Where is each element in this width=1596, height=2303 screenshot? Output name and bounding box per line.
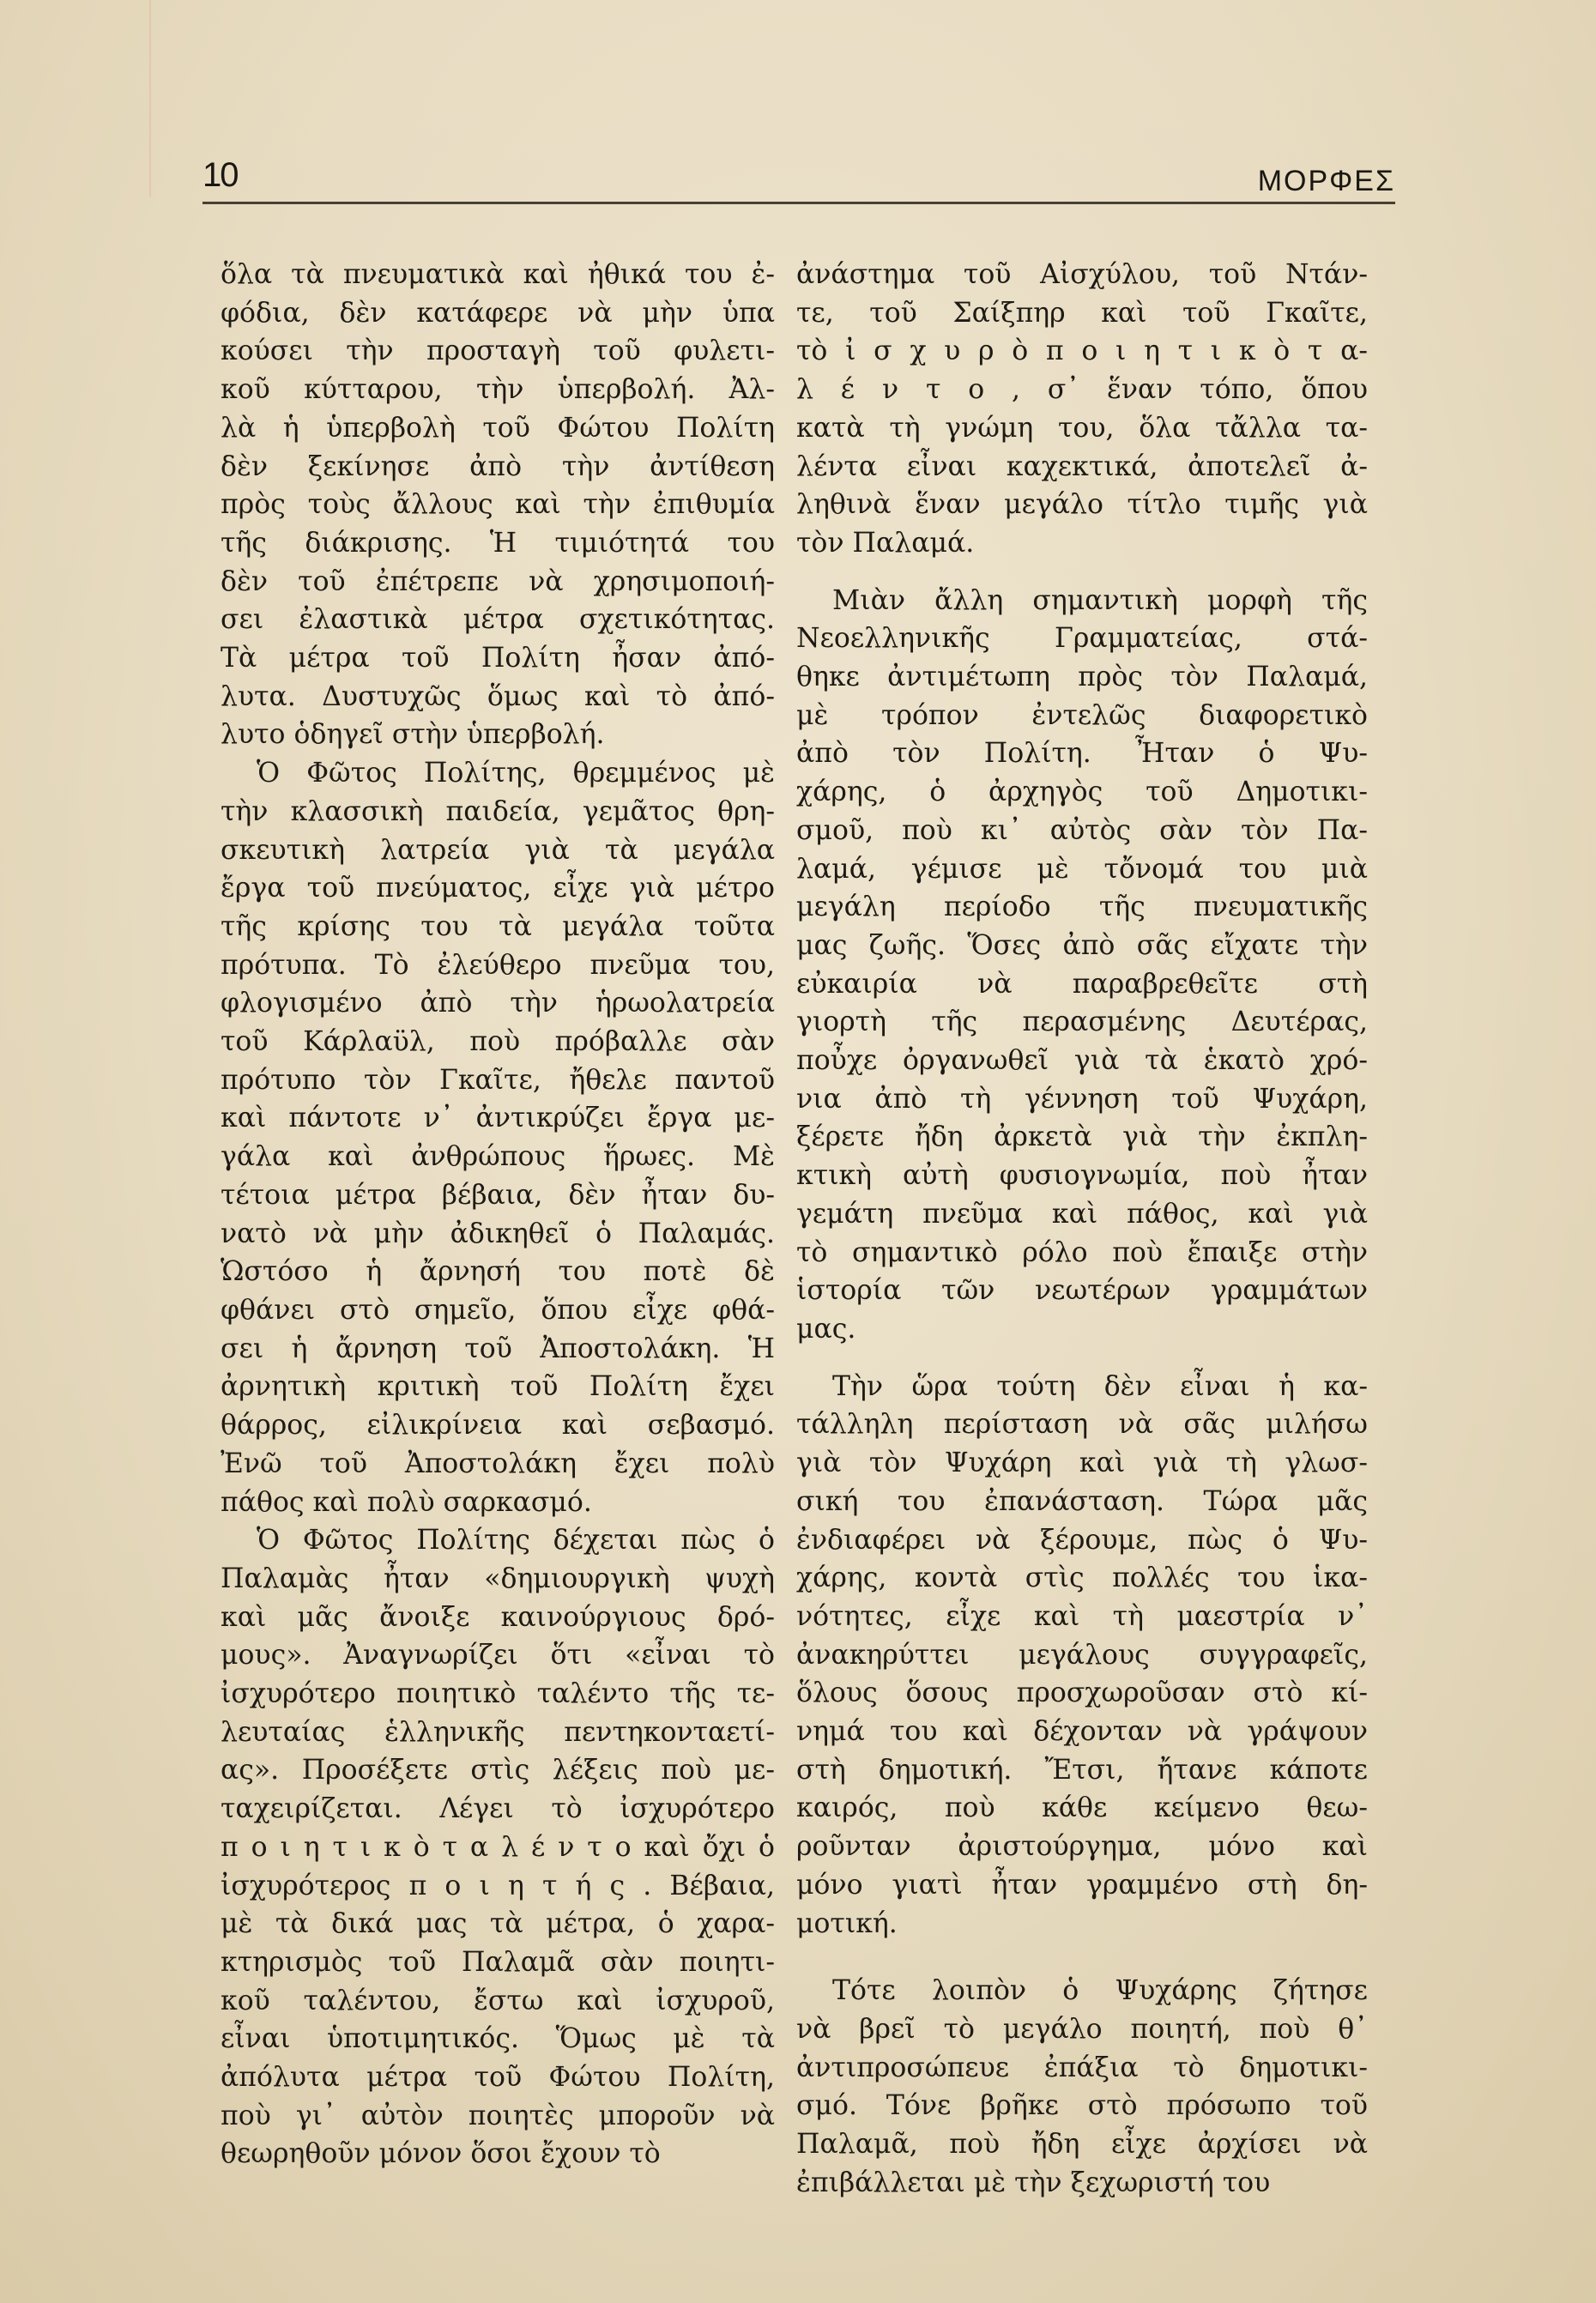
text-line: καιρός, ποὺ κάθε κείμενο θεω-	[796, 1789, 1368, 1828]
text-line: τοῦ Κάρλαϋλ, ποὺ πρόβαλλε σὰν	[221, 1023, 775, 1061]
text-line: ἀνάστημα τοῦ Αἰσχύλου, τοῦ Ντάν-	[796, 256, 1368, 294]
text-line: κτικὴ αὐτὴ φυσιογνωμία, ποὺ ἦταν	[796, 1157, 1368, 1195]
text-line: μόνο γιατὶ ἦταν γραμμένο στὴ δη-	[796, 1866, 1368, 1905]
header-rule	[203, 202, 1395, 204]
text-line: πρὸς τοὺς ἄλλους καὶ τὴν ἐπιθυμία	[221, 486, 775, 524]
text-line: κούσει τὴν προσταγὴ τοῦ φυλετι-	[221, 332, 775, 371]
text-line: ληθινὰ ἕναν μεγάλο τίτλο τιμῆς γιὰ	[796, 486, 1368, 524]
text-line: ἰσχυρότερος π ο ι η τ ή ς . Βέβαια,	[221, 1867, 775, 1906]
text-line: Μιὰν ἄλλη σημαντικὴ μορφὴ τῆς	[796, 582, 1368, 620]
text-line: λυτο ὁδηγεῖ στὴν ὑπερβολή.	[221, 716, 775, 754]
text-line: ας». Προσέξετε στὶς λέξεις ποὺ με-	[221, 1751, 775, 1790]
text-line: καὶ μᾶς ἄνοιξε καινούργιους δρό-	[221, 1599, 775, 1637]
text-line: ροῦνταν ἀριστούργημα, μόνο καὶ	[796, 1828, 1368, 1866]
paragraph: Τὴν ὥρα τούτη δὲν εἶναι ἡ κα-τάλληλη περ…	[796, 1368, 1368, 1943]
text-line: νημά του καὶ δέχονταν νὰ γράψουν	[796, 1713, 1368, 1751]
running-head: 10 ΜΟΡΦΕΣ	[203, 156, 1395, 208]
text-line: μας ζωῆς. Ὅσες ἀπὸ σᾶς εἴχατε τὴν	[796, 927, 1368, 965]
text-line: νότητες, εἶχε καὶ τὴ μαεστρία ν᾿	[796, 1598, 1368, 1636]
text-line: ἱστορία τῶν νεωτέρων γραμμάτων	[796, 1272, 1368, 1310]
text-line: χάρης, κοντὰ στὶς πολλές του ἱκα-	[796, 1559, 1368, 1598]
text-line: σκευτικὴ λατρεία γιὰ τὰ μεγάλα	[221, 831, 775, 870]
text-line: ἐνδιαφέρει νὰ ξέρουμε, πὼς ὁ Ψυ-	[796, 1521, 1368, 1560]
paragraph: ἀνάστημα τοῦ Αἰσχύλου, τοῦ Ντάν-τε, τοῦ …	[796, 256, 1368, 563]
text-line: σική του ἐπανάσταση. Τώρα μᾶς	[796, 1483, 1368, 1521]
text-line: νια ἀπὸ τὴ γέννηση τοῦ Ψυχάρη,	[796, 1080, 1368, 1119]
text-line: ποὺ γι᾿ αὐτὸν ποιητὲς μποροῦν νὰ	[221, 2097, 775, 2136]
text-line: τῆς διάκρισης. Ἡ τιμιότητά του	[221, 524, 775, 563]
text-line: φθάνει στὸ σημεῖο, ὅπου εἶχε φθά-	[221, 1291, 775, 1330]
text-line: λ έ ν τ ο , σ᾿ ἕναν τόπο, ὅπου	[796, 371, 1368, 409]
text-line: κοῦ ταλέντου, ἔστω καὶ ἰσχυροῦ,	[221, 1982, 775, 2021]
paragraph: Μιὰν ἄλλη σημαντικὴ μορφὴ τῆςΝεοελληνικῆ…	[796, 582, 1368, 1349]
text-line: πρότυπα. Τὸ ἐλεύθερο πνεῦμα του,	[221, 946, 775, 985]
paragraph: Ὁ Φῶτος Πολίτης δέχεται πὼς ὁΠαλαμὰς ἦτα…	[221, 1521, 775, 2173]
text-line: ταχειρίζεται. Λέγει τὸ ἰσχυρότερο	[221, 1790, 775, 1828]
text-line: τέτοια μέτρα βέβαια, δὲν ἦταν δυ-	[221, 1176, 775, 1215]
text-line: τάλληλη περίσταση νὰ σᾶς μιλήσω	[796, 1405, 1368, 1444]
text-line: ἀπόλυτα μέτρα τοῦ Φώτου Πολίτη,	[221, 2058, 775, 2097]
text-line: μὲ τὰ δικά μας τὰ μέτρα, ὁ χαρα-	[221, 1905, 775, 1943]
text-line: ἔργα τοῦ πνεύματος, εἶχε γιὰ μέτρο	[221, 869, 775, 908]
text-line: ἐπιβάλλεται μὲ τὴν ξεχωριστή του	[796, 2164, 1368, 2203]
text-line: κοῦ κύτταρου, τὴν ὑπερβολή. Ἀλ-	[221, 371, 775, 409]
text-line: μους». Ἀναγνωρίζει ὅτι «εἶναι τὸ	[221, 1636, 775, 1675]
text-line: κατὰ τὴ γνώμη του, ὅλα τἄλλα τα-	[796, 409, 1368, 448]
text-line: γιορτὴ τῆς περασμένης Δευτέρας,	[796, 1003, 1368, 1042]
text-line: τε, τοῦ Σαίξπηρ καὶ τοῦ Γκαῖτε,	[796, 294, 1368, 333]
text-line: μας.	[796, 1310, 1368, 1349]
text-line: Τὰ μέτρα τοῦ Πολίτη ἦσαν ἀπό-	[221, 639, 775, 678]
journal-title: ΜΟΡΦΕΣ	[1258, 165, 1395, 198]
text-line: φόδια, δὲν κατάφερε νὰ μὴν ὑπα	[221, 294, 775, 333]
text-line: π ο ι η τ ι κ ὸ τ α λ έ ν τ ο καὶ ὄχι ὁ	[221, 1828, 775, 1867]
text-line: εἶναι ὑποτιμητικός. Ὅμως μὲ τὰ	[221, 2020, 775, 2058]
text-line: τὸ ἰ σ χ υ ρ ὸ π ο ι η τ ι κ ὸ τ α-	[796, 332, 1368, 371]
text-line: τῆς κρίσης του τὰ μεγάλα τοῦτα	[221, 908, 775, 946]
text-line: ὅλους ὅσους προσχωροῦσαν στὸ κί-	[796, 1674, 1368, 1713]
paragraph: ὅλα τὰ πνευματικὰ καὶ ἠθικά του ἐ-φόδια,…	[221, 256, 775, 754]
text-line: ἰσχυρότερο ποιητικὸ ταλέντο τῆς τε-	[221, 1675, 775, 1714]
text-line: ἀντιπροσώπευε ἐπάξια τὸ δημοτικι-	[796, 2049, 1368, 2088]
text-line: τὴν κλασσικὴ παιδεία, γεμᾶτος θρη-	[221, 793, 775, 831]
text-line: σει ἡ ἄρνηση τοῦ Ἀποστολάκη. Ἡ	[221, 1330, 775, 1369]
text-line: λὰ ἡ ὑπερβολὴ τοῦ Φώτου Πολίτη	[221, 409, 775, 448]
text-line: θηκε ἀντιμέτωπη πρὸς τὸν Παλαμά,	[796, 658, 1368, 697]
text-line: κτηρισμὸς τοῦ Παλαμᾶ σὰν ποιητι-	[221, 1943, 775, 1982]
text-line: πρότυπο τὸν Γκαῖτε, ἤθελε παντοῦ	[221, 1061, 775, 1100]
text-line: Νεοελληνικῆς Γραμματείας, στά-	[796, 620, 1368, 658]
text-line: δὲν τοῦ ἐπέτρεπε νὰ χρησιμοποιή-	[221, 563, 775, 601]
text-line: νατὸ νὰ μὴν ἀδικηθεῖ ὁ Παλαμάς.	[221, 1215, 775, 1254]
text-line: θάρρος, εἰλικρίνεια καὶ σεβασμό.	[221, 1406, 775, 1445]
text-line: καὶ πάντοτε ν᾿ ἀντικρύζει ἔργα με-	[221, 1099, 775, 1138]
text-line: λαμά, γέμισε μὲ τὄνομά του μιὰ	[796, 850, 1368, 889]
text-line: νὰ βρεῖ τὸ μεγάλο ποιητή, ποὺ θ᾿	[796, 2010, 1368, 2049]
text-line: λυτα. Δυστυχῶς ὅμως καὶ τὸ ἀπό-	[221, 678, 775, 716]
paragraph: Τότε λοιπὸν ὁ Ψυχάρης ζήτησενὰ βρεῖ τὸ μ…	[796, 1972, 1368, 2202]
text-line: Παλαμᾶ, ποὺ ἤδη εἶχε ἀρχίσει νὰ	[796, 2125, 1368, 2164]
text-line: στὴ δημοτική. Ἔτσι, ἤτανε κάποτε	[796, 1751, 1368, 1790]
text-line: ἀνακηρύττει μεγάλους συγγραφεῖς,	[796, 1636, 1368, 1675]
page-number: 10	[203, 156, 238, 195]
text-line: εὐκαιρία νὰ παραβρεθεῖτε στὴ	[796, 965, 1368, 1004]
text-line: Ὁ Φῶτος Πολίτης, θρεμμένος μὲ	[221, 754, 775, 793]
text-line: σμοῦ, ποὺ κι᾿ αὐτὸς σὰν τὸν Πα-	[796, 812, 1368, 850]
text-line: χάρης, ὁ ἀρχηγὸς τοῦ Δημοτικι-	[796, 773, 1368, 812]
text-line: μεγάλη περίοδο τῆς πνευματικῆς	[796, 888, 1368, 927]
text-line: ἀρνητικὴ κριτικὴ τοῦ Πολίτη ἔχει	[221, 1368, 775, 1406]
text-line: σει ἐλαστικὰ μέτρα σχετικότητας.	[221, 601, 775, 639]
text-line: γάλα καὶ ἀνθρώπους ἥρωες. Μὲ	[221, 1138, 775, 1176]
text-line: τὸ σημαντικὸ ρόλο ποὺ ἔπαιξε στὴν	[796, 1234, 1368, 1272]
paragraph: Ὁ Φῶτος Πολίτης, θρεμμένος μὲτὴν κλασσικ…	[221, 754, 775, 1521]
text-line: ἀπὸ τὸν Πολίτη. Ἦταν ὁ Ψυ-	[796, 734, 1368, 773]
magazine-page: 10 ΜΟΡΦΕΣ ὅλα τὰ πνευματικὰ καὶ ἠθικά το…	[0, 0, 1596, 2303]
text-line: μοτική.	[796, 1905, 1368, 1943]
text-line: γεμάτη πνεῦμα καὶ πάθος, καὶ γιὰ	[796, 1195, 1368, 1234]
text-line: Τότε λοιπὸν ὁ Ψυχάρης ζήτησε	[796, 1972, 1368, 2010]
text-line: λευταίας ἑλληνικῆς πεντηκονταετί-	[221, 1714, 775, 1752]
text-line: τὸν Παλαμά.	[796, 524, 1368, 563]
text-line: φλογισμένο ἀπὸ τὴν ἡρωολατρεία	[221, 984, 775, 1023]
text-line: Ὁ Φῶτος Πολίτης δέχεται πὼς ὁ	[221, 1521, 775, 1560]
right-text-column: ἀνάστημα τοῦ Αἰσχύλου, τοῦ Ντάν-τε, τοῦ …	[796, 256, 1368, 2202]
text-line: θεωρηθοῦν μόνον ὅσοι ἔχουν τὸ	[221, 2135, 775, 2173]
text-line: δὲν ξεκίνησε ἀπὸ τὴν ἀντίθεση	[221, 448, 775, 487]
text-line: ὅλα τὰ πνευματικὰ καὶ ἠθικά του ἐ-	[221, 256, 775, 294]
text-line: Ἐνῶ τοῦ Ἀποστολάκη ἔχει πολὺ	[221, 1445, 775, 1484]
text-line: μὲ τρόπον ἐντελῶς διαφορετικὸ	[796, 697, 1368, 735]
text-line: Ὡστόσο ἡ ἄρνησή του ποτὲ δὲ	[221, 1253, 775, 1291]
text-line: Παλαμὰς ἦταν «δημιουργικὴ ψυχὴ	[221, 1560, 775, 1599]
text-line: πάθος καὶ πολὺ σαρκασμό.	[221, 1484, 775, 1522]
text-line: Τὴν ὥρα τούτη δὲν εἶναι ἡ κα-	[796, 1368, 1368, 1406]
text-line: γιὰ τὸν Ψυχάρη καὶ γιὰ τὴ γλωσ-	[796, 1444, 1368, 1483]
left-text-column: ὅλα τὰ πνευματικὰ καὶ ἠθικά του ἐ-φόδια,…	[221, 256, 775, 2173]
text-line: ξέρετε ἤδη ἀρκετὰ γιὰ τὴν ἐκπλη-	[796, 1118, 1368, 1157]
text-line: λέντα εἶναι καχεκτικά, ἀποτελεῖ ἀ-	[796, 448, 1368, 487]
text-line: σμό. Τόνε βρῆκε στὸ πρόσωπο τοῦ	[796, 2087, 1368, 2125]
text-line: ποὖχε ὀργανωθεῖ γιὰ τὰ ἑκατὸ χρό-	[796, 1042, 1368, 1080]
